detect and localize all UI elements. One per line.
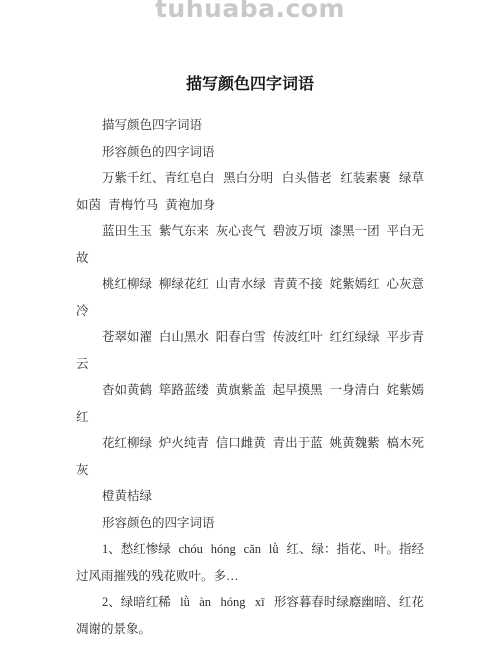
- text-word: 碧波万顷: [273, 218, 323, 245]
- text-word: 黄旗紫盖: [216, 377, 266, 404]
- text-word: 槁木死: [386, 430, 424, 457]
- text-word: 青黄不接: [273, 271, 323, 298]
- text-word: àn: [199, 589, 211, 616]
- text-word: 杳如黄鹤: [102, 377, 152, 404]
- text-word: 阳春白雪: [216, 324, 266, 351]
- text-line: 橙黄桔绿: [76, 483, 424, 510]
- text-word: 红装素裹: [340, 165, 390, 192]
- text-word: 姹紫嫣红: [330, 271, 380, 298]
- text-line: 2、绿暗红稀lǜànhóngxī形容暮春时绿廕幽暗、红花: [76, 589, 424, 616]
- text-word: 白山黑水: [159, 324, 209, 351]
- text-line: 万紫千红、青红皂白黑白分明白头偕老红装素裹绿草: [76, 165, 424, 192]
- text-word: 白头偕老: [282, 165, 332, 192]
- text-word: xī: [255, 589, 265, 616]
- text-word: 万紫千红、青红皂白: [102, 165, 215, 192]
- text-word: 筚路蓝缕: [159, 377, 209, 404]
- text-line: 故: [76, 245, 424, 272]
- text-line: 杳如黄鹤筚路蓝缕黄旗紫盖起早摸黑一身清白姹紫嫣: [76, 377, 424, 404]
- text-line: 红: [76, 404, 424, 431]
- text-word: 姚黄魏紫: [330, 430, 380, 457]
- text-line: 云: [76, 351, 424, 378]
- text-word: 心灰意: [386, 271, 424, 298]
- text-line: 描写颜色四字词语: [76, 112, 424, 139]
- text-word: hóng: [211, 536, 236, 563]
- text-word: 苍翠如濯: [102, 324, 152, 351]
- text-line: 1、愁红惨绿chóuhóngcǎnlǜ红、绿：指花、叶。指经: [76, 536, 424, 563]
- text-word: 形容暮春时绿廕幽暗、红花: [274, 589, 424, 616]
- text-line: 冷: [76, 298, 424, 325]
- text-word: 蓝田生玉: [102, 218, 152, 245]
- text-word: 紫气东来: [159, 218, 209, 245]
- text-word: 炉火纯青: [159, 430, 209, 457]
- text-word: 平步青: [386, 324, 424, 351]
- text-word: 柳绿花红: [159, 271, 209, 298]
- text-line: 过风雨摧残的残花败叶。多…: [76, 563, 424, 590]
- text-word: 一身清白: [330, 377, 380, 404]
- document-page: { "watermark": { "text": "tuhuaba.com", …: [0, 0, 500, 648]
- text-word: 灰心丧气: [216, 218, 266, 245]
- text-word: 姹紫嫣: [386, 377, 424, 404]
- text-word: 青出于蓝: [273, 430, 323, 457]
- text-line: 灰: [76, 457, 424, 484]
- text-word: 漆黑一团: [330, 218, 380, 245]
- text-line: 形容颜色的四字词语: [76, 510, 424, 537]
- text-word: 1、愁红惨绿: [102, 536, 171, 563]
- text-word: cǎn: [244, 536, 261, 563]
- text-line: 桃红柳绿柳绿花红山青水绿青黄不接姹紫嫣红心灰意: [76, 271, 424, 298]
- text-line: 苍翠如濯白山黑水阳春白雪传波红叶红红绿绿平步青: [76, 324, 424, 351]
- text-word: lǜ: [180, 589, 190, 616]
- watermark-text: tuhuaba.com: [0, 0, 500, 23]
- text-line: 蓝田生玉紫气东来灰心丧气碧波万顷漆黑一团平白无: [76, 218, 424, 245]
- text-word: 2、绿暗红稀: [102, 589, 171, 616]
- page-title: 描写颜色四字词语: [0, 71, 500, 94]
- text-line: 凋谢的景象。: [76, 616, 424, 643]
- text-word: 平白无: [386, 218, 424, 245]
- text-line: 花红柳绿炉火纯青信口雌黄青出于蓝姚黄魏紫槁木死: [76, 430, 424, 457]
- text-word: 红红绿绿: [330, 324, 380, 351]
- document-body: 描写颜色四字词语形容颜色的四字词语万紫千红、青红皂白黑白分明白头偕老红装素裹绿草…: [76, 112, 424, 642]
- text-word: 桃红柳绿: [102, 271, 152, 298]
- text-line: 如茵 青梅竹马 黄袍加身: [76, 192, 424, 219]
- text-word: 信口雌黄: [216, 430, 266, 457]
- text-line: 形容颜色的四字词语: [76, 139, 424, 166]
- text-word: 花红柳绿: [102, 430, 152, 457]
- text-word: 起早摸黑: [273, 377, 323, 404]
- text-word: 黑白分明: [223, 165, 273, 192]
- text-word: 绿草: [399, 165, 424, 192]
- text-word: lǜ: [269, 536, 279, 563]
- text-word: hóng: [220, 589, 245, 616]
- text-word: 红、绿：指花、叶。指经: [286, 536, 424, 563]
- text-word: 传波红叶: [273, 324, 323, 351]
- text-word: chóu: [179, 536, 203, 563]
- text-word: 山青水绿: [216, 271, 266, 298]
